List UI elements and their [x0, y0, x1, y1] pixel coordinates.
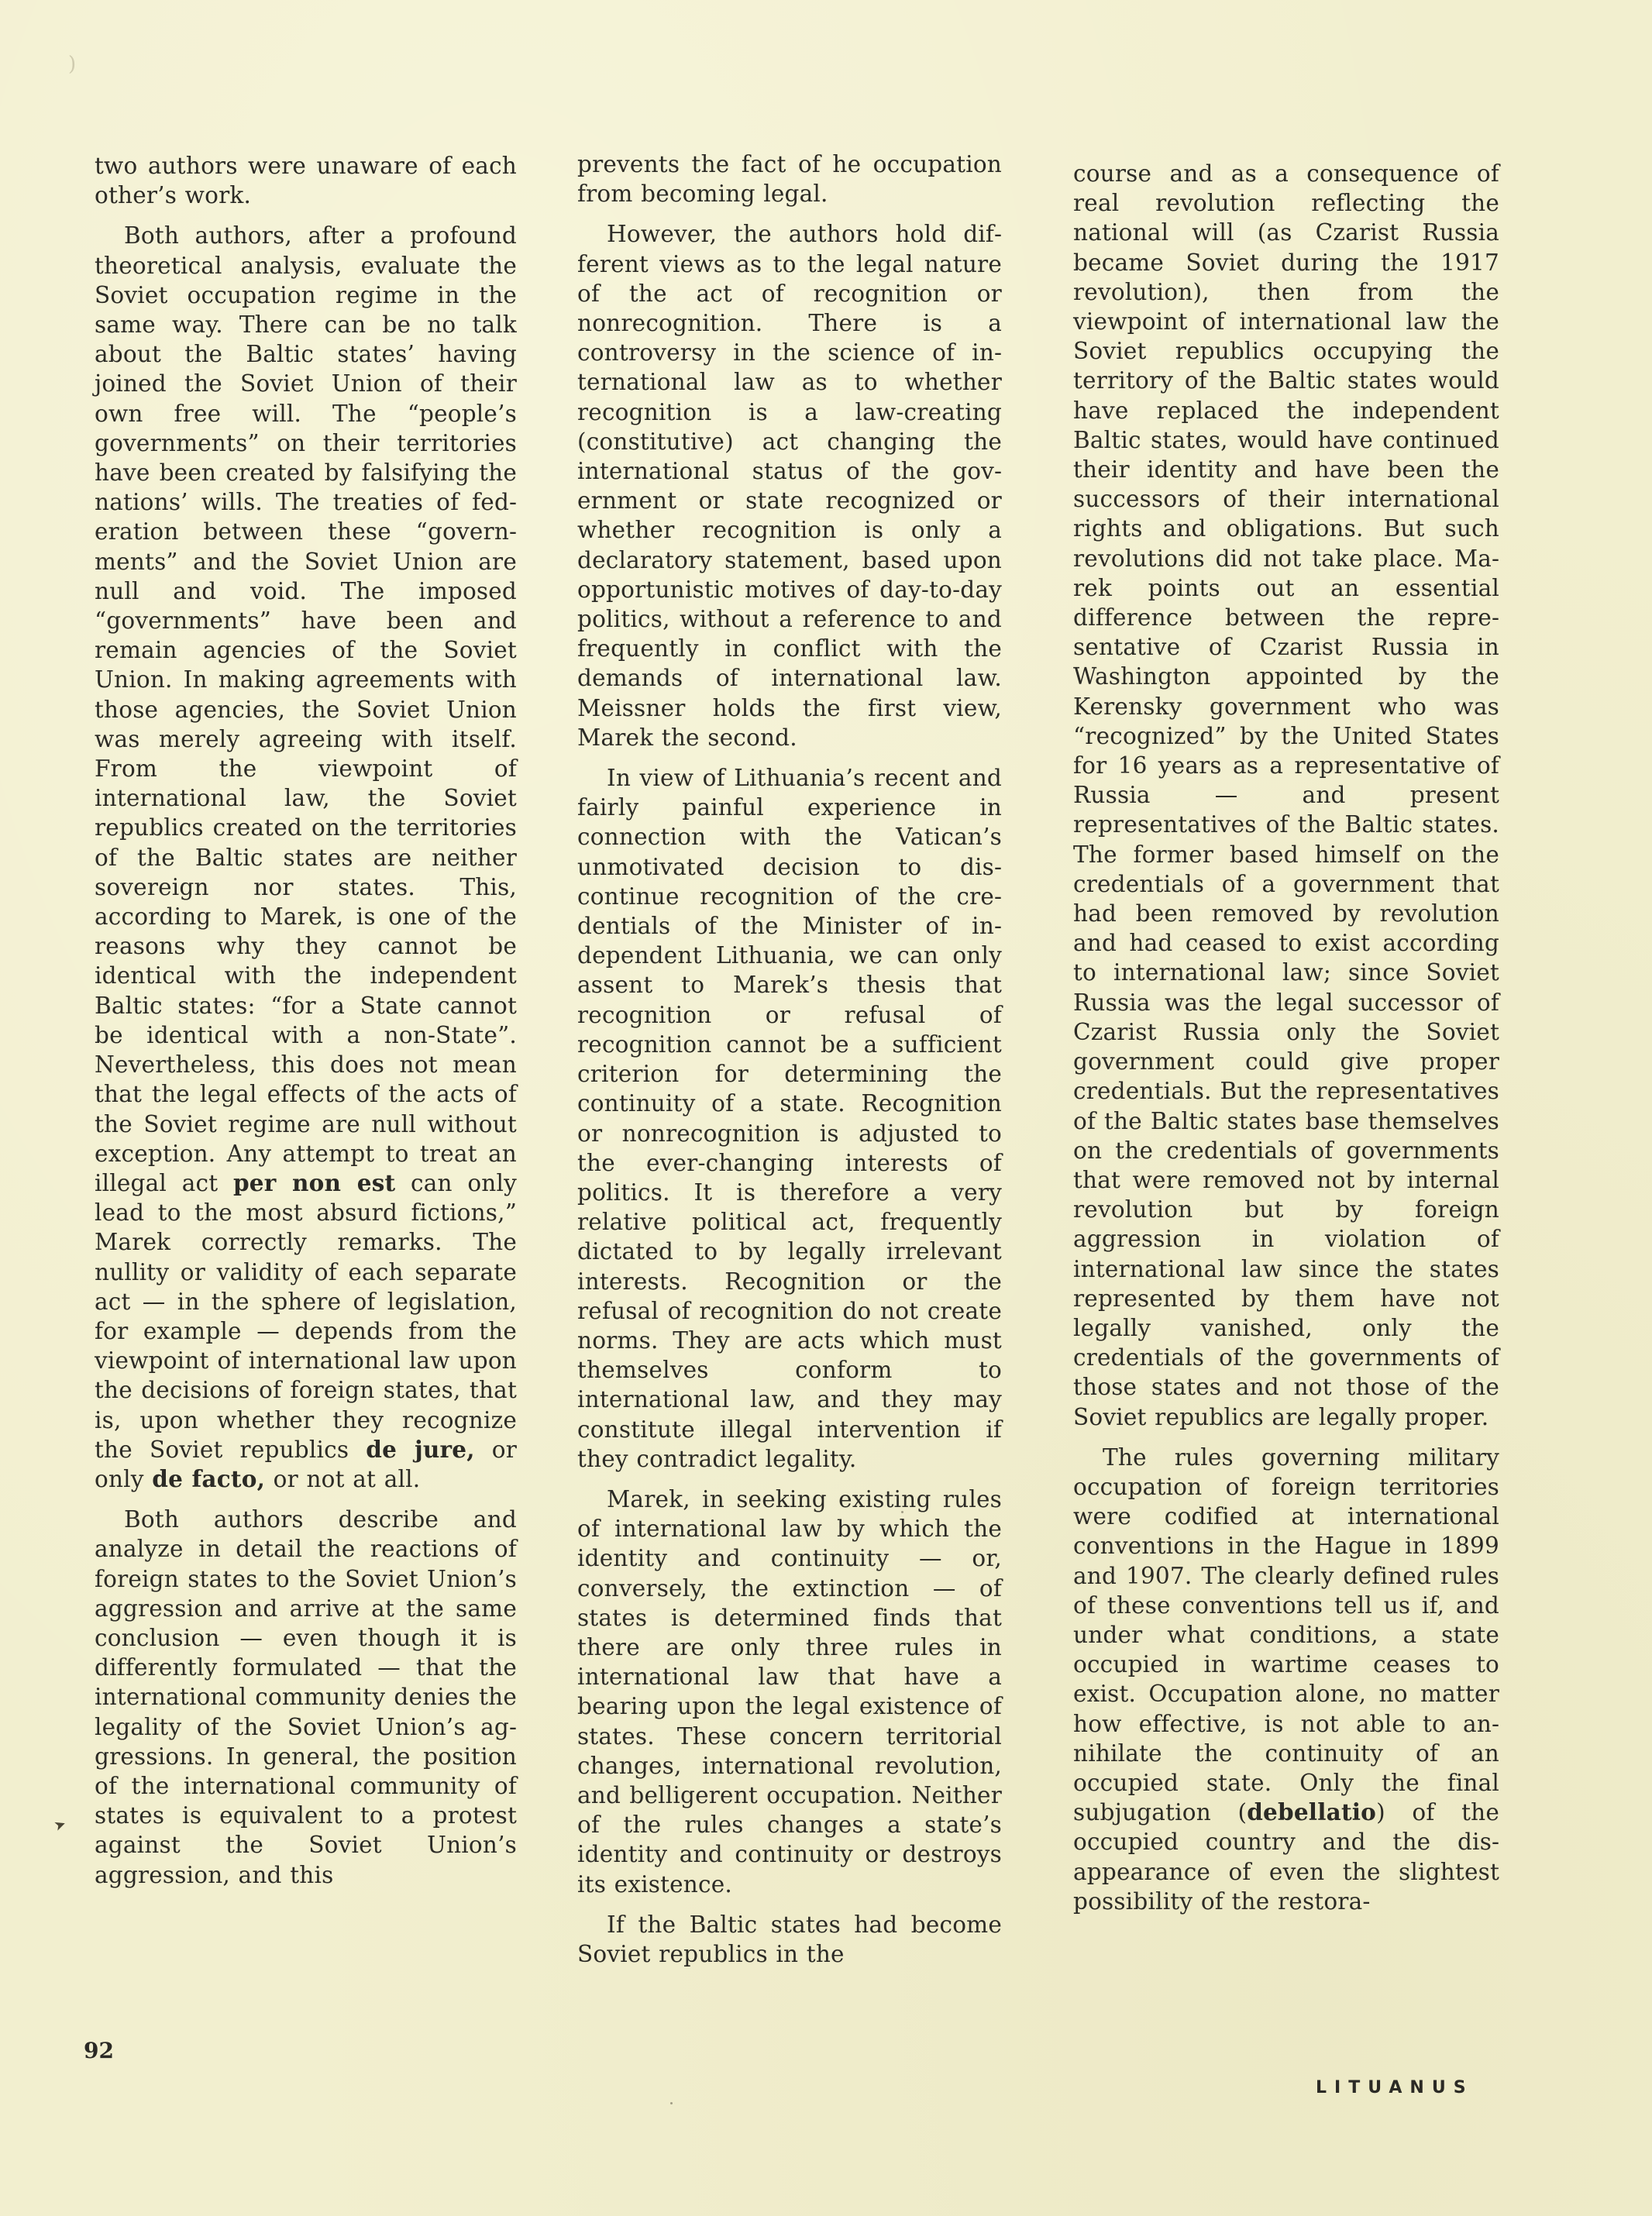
emphasized-term: debellatio: [1247, 1798, 1376, 1825]
paragraph: If the Baltic states had be­come Soviet …: [577, 1910, 1002, 1969]
paragraph: Both authors, after a pro­found theoreti…: [95, 221, 517, 1494]
paragraph-text: If the Baltic states had be­come Soviet …: [577, 1911, 1002, 1967]
paragraph: In view of Lithuania’s recent and fairly…: [577, 763, 1002, 1474]
paragraph-text: course and as a consequence of real revo…: [1073, 160, 1499, 1430]
paragraph: course and as a consequence of real revo…: [1073, 159, 1499, 1432]
emphasized-term: de facto,: [152, 1465, 265, 1492]
paragraph: The rules governing military occupation …: [1073, 1443, 1499, 1916]
ink-speck: [670, 2102, 673, 2104]
paragraph: Both authors describe and analyze in det…: [95, 1505, 517, 1890]
paragraph: two authors were unaware of each other’s…: [95, 151, 517, 210]
text-column-left: two authors were unaware of each other’s…: [95, 151, 517, 1901]
text-column-right: course and as a consequence of real revo…: [1073, 159, 1499, 1927]
emphasized-term: per non est: [233, 1169, 395, 1196]
paragraph-text: two authors were unaware of each other’s…: [95, 153, 517, 208]
paragraph-text: Marek, in seeking existing rules of inte…: [577, 1486, 1002, 1898]
emphasized-term: de jure,: [366, 1436, 474, 1463]
paragraph-text: or not at all.: [265, 1466, 420, 1492]
page-number: 92: [84, 2038, 114, 2063]
ink-speck: [901, 1511, 903, 1513]
paragraph-text: Both authors, after a pro­found theoreti…: [95, 222, 517, 1196]
paragraph-text: prevents the fact of he oc­cupation from…: [577, 151, 1002, 207]
text-column-middle: prevents the fact of he oc­cupation from…: [577, 150, 1002, 1980]
magazine-page: ) two authors were unaware of each other…: [0, 0, 1652, 2216]
paragraph: However, the authors hold dif­ferent vie…: [577, 219, 1002, 752]
paragraph: prevents the fact of he oc­cupation from…: [577, 150, 1002, 208]
paragraph-text: The rules governing military occupation …: [1073, 1444, 1499, 1825]
paragraph-text: Both authors describe and analyze in det…: [95, 1506, 517, 1887]
paragraph-text: In view of Lithuania’s recent and fairly…: [577, 765, 1002, 1472]
journal-name: LITUANUS: [1316, 2078, 1474, 2097]
scan-artifact-mark: ): [68, 53, 76, 76]
margin-arrow-icon: ➤: [52, 1815, 68, 1835]
paragraph-text: However, the authors hold dif­ferent vie…: [577, 221, 1002, 750]
paragraph-text: can only lead to the most absurd fiction…: [95, 1170, 517, 1463]
paragraph: Marek, in seeking existing rules of inte…: [577, 1485, 1002, 1899]
